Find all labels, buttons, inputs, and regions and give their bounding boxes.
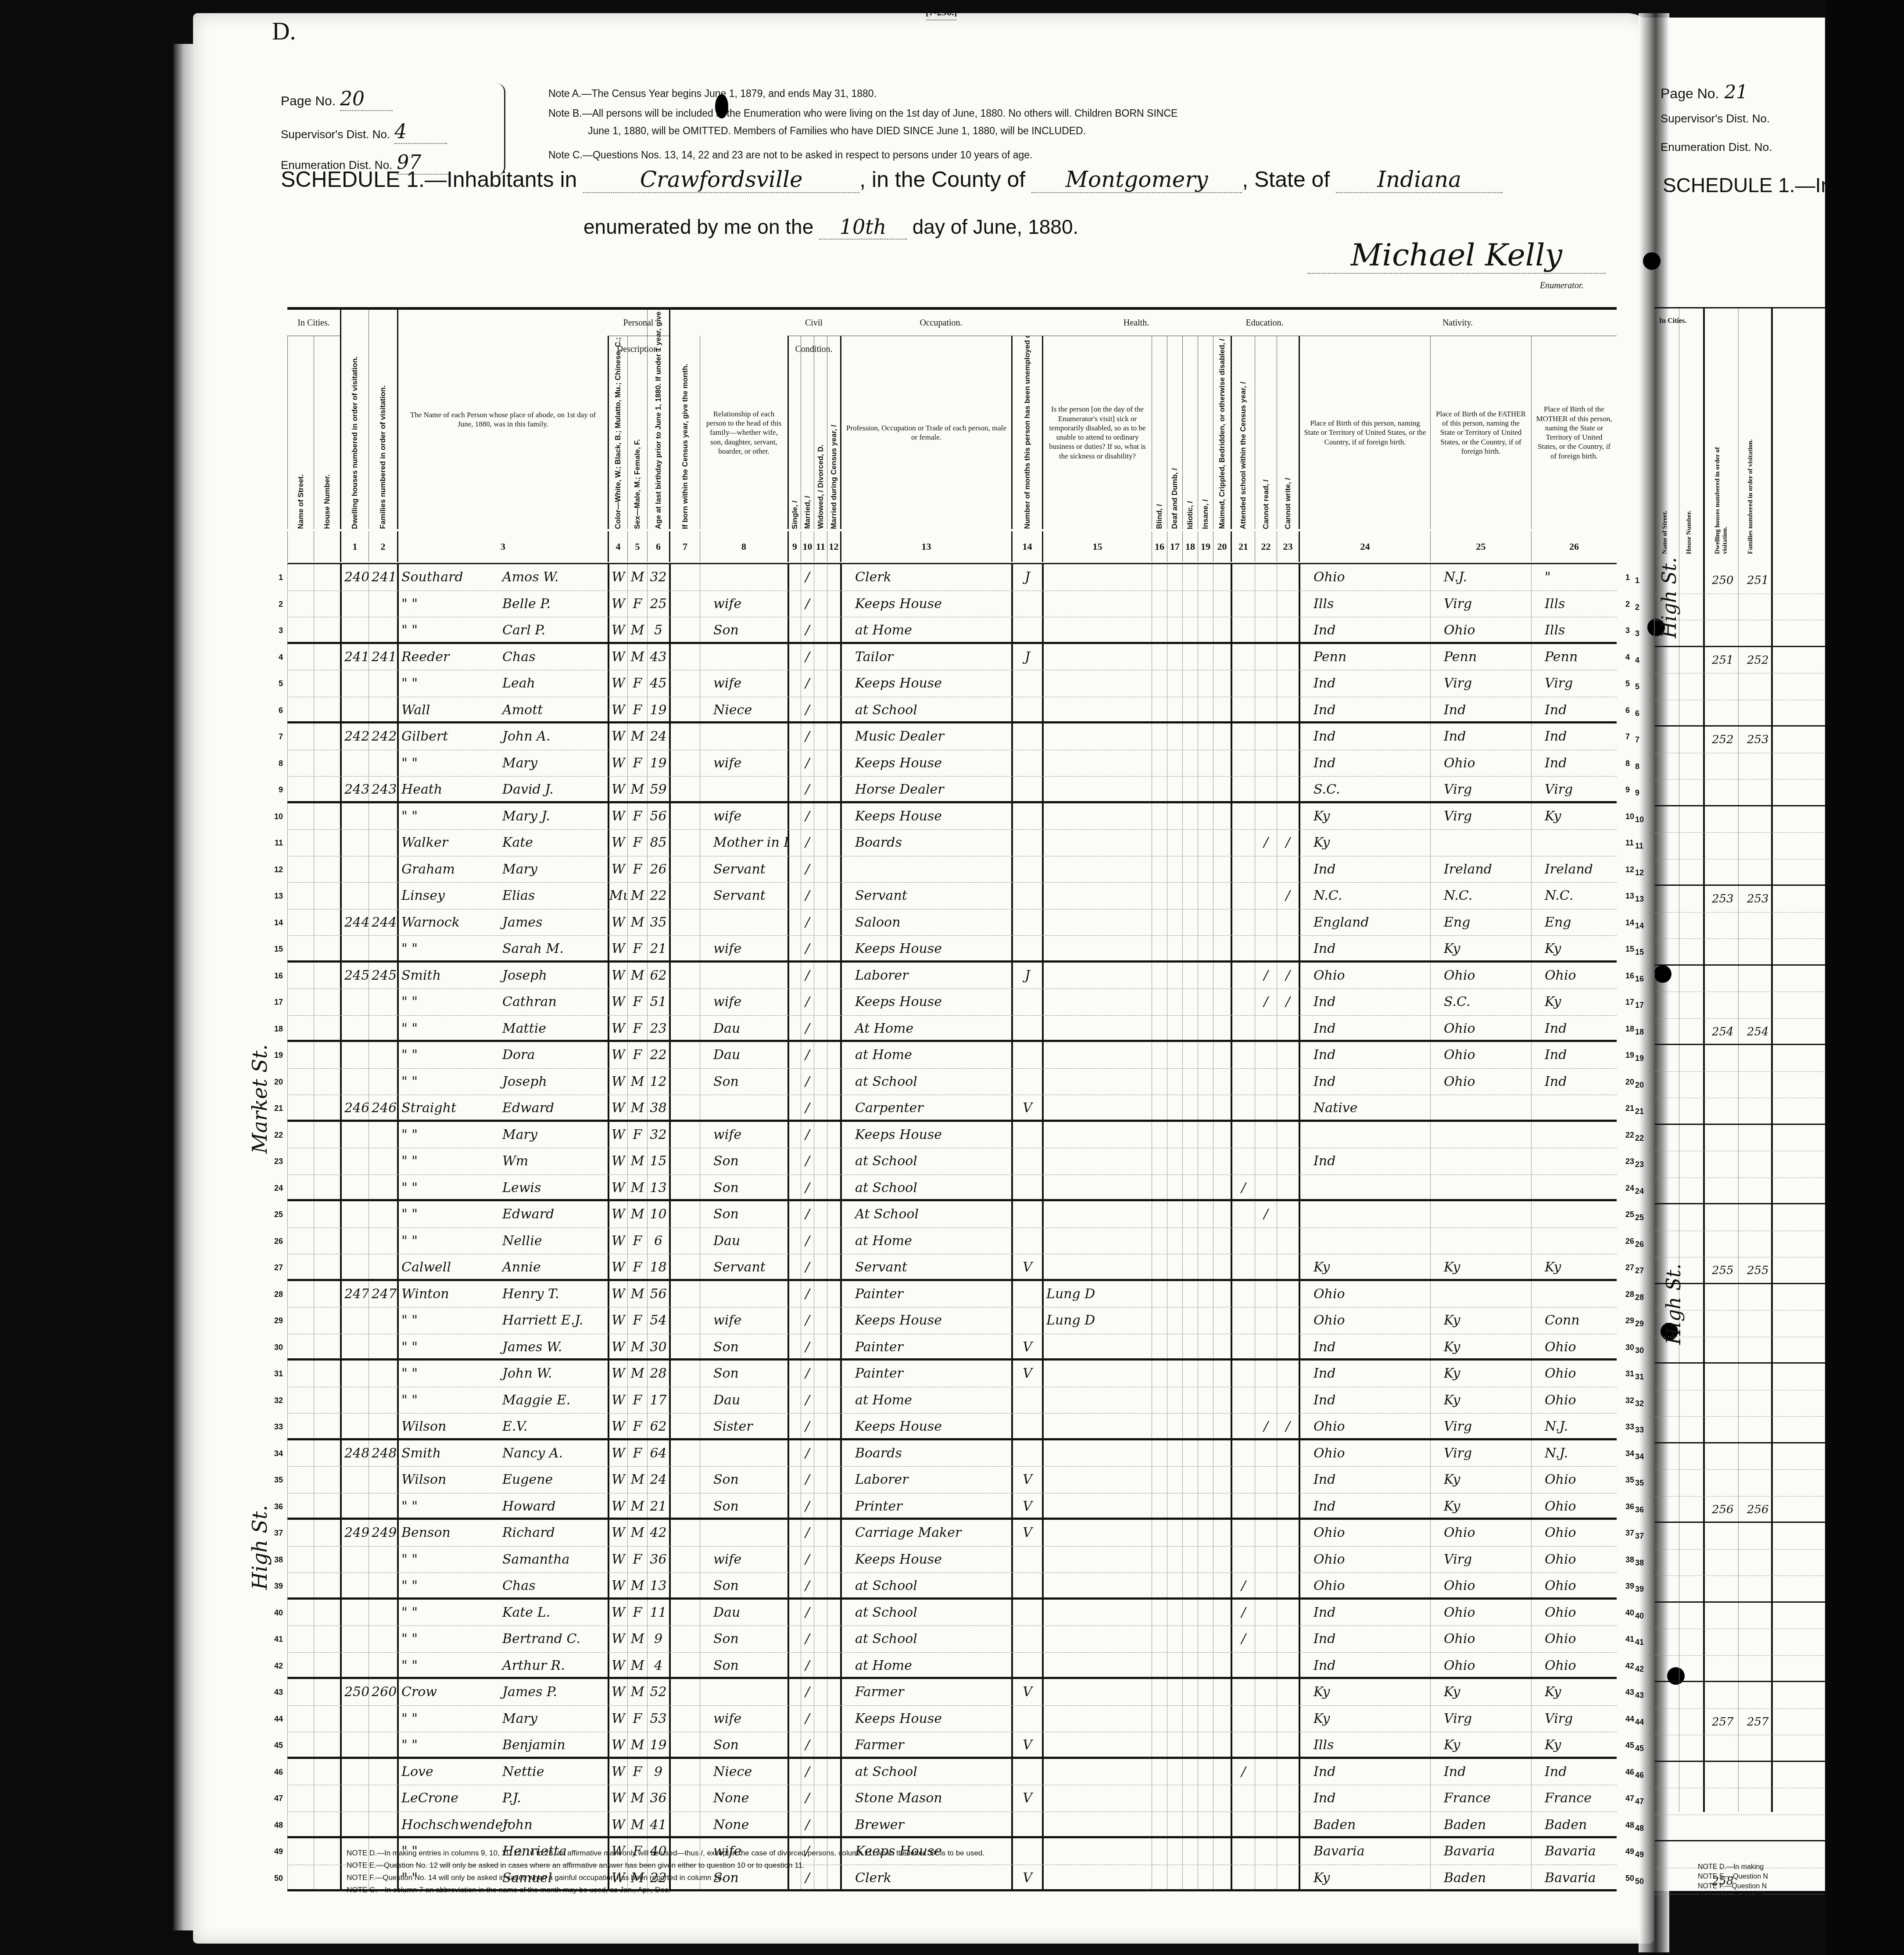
- note-c: Note C.—Questions Nos. 13, 14, 22 and 23…: [548, 149, 1032, 161]
- cell-mother: [1531, 830, 1617, 856]
- given-name: E.V.: [502, 1419, 527, 1434]
- line-number: 42: [265, 1653, 283, 1679]
- cell-family: [369, 1201, 397, 1228]
- right-table-row: 47: [1655, 1788, 1826, 1815]
- given-name: Mary J.: [502, 809, 550, 824]
- line-number: 31: [1635, 1364, 1644, 1390]
- cell-school: [1231, 1069, 1255, 1095]
- cell-write: [1277, 1361, 1299, 1387]
- cell-color: W: [608, 1095, 627, 1120]
- cell-mother: Ills: [1531, 617, 1617, 642]
- surname: Love: [401, 1759, 502, 1785]
- cell-color: W: [608, 1785, 627, 1812]
- column-header-18: Idiotic, /: [1182, 336, 1198, 529]
- cell-dwelling: [340, 1626, 369, 1652]
- cell-school: [1231, 830, 1255, 856]
- cell-sex: M: [627, 1573, 647, 1597]
- cell-write: /: [1277, 989, 1299, 1015]
- given-name: Edward: [502, 1100, 554, 1116]
- cell-family: [369, 803, 397, 830]
- cell-sex: M: [627, 1201, 647, 1228]
- cell-age: 56: [647, 803, 669, 830]
- cell-dwelling: [340, 750, 369, 777]
- cell-school: [1231, 564, 1255, 591]
- given-name: Amott: [502, 702, 543, 718]
- line-number: 46: [265, 1759, 283, 1785]
- surname: " ": [401, 1361, 502, 1387]
- cell-rel: [700, 1440, 787, 1467]
- right-table-row: 25: [1655, 1204, 1826, 1231]
- line-number: 16: [1635, 966, 1644, 992]
- surname: " ": [401, 989, 502, 1015]
- cell-dwelling: [340, 936, 369, 960]
- cell-birth: Ohio: [1299, 1281, 1430, 1307]
- cell-sex: M: [627, 777, 647, 801]
- given-name: Mary: [502, 1127, 537, 1142]
- cell-father: Ind: [1430, 697, 1531, 722]
- line-number: 3: [1635, 620, 1639, 647]
- cell-color: W: [608, 723, 627, 750]
- cell-sex: M: [627, 1281, 647, 1307]
- dwelling-number: 255: [1712, 1257, 1734, 1284]
- cell-family: [369, 1732, 397, 1757]
- cell-birth: Ky: [1299, 1254, 1430, 1279]
- cell-school: [1231, 1653, 1255, 1677]
- enumerator-label: Enumerator.: [1540, 281, 1583, 291]
- cell-read: [1255, 1387, 1277, 1414]
- given-name: Kate L.: [502, 1605, 550, 1620]
- cell-sick: [1042, 1042, 1152, 1068]
- cell-sick: [1042, 1865, 1152, 1890]
- cell-sex: F: [627, 803, 647, 830]
- cell-birth: England: [1299, 909, 1430, 936]
- line-number: 5: [265, 670, 283, 697]
- cell-age: 21: [647, 936, 669, 960]
- cell-mother: Baden: [1531, 1812, 1617, 1837]
- cell-father: Eng: [1430, 909, 1531, 936]
- column-number: 10: [801, 531, 814, 562]
- cell-unemp: [1011, 750, 1042, 777]
- cell-civ: /: [801, 670, 814, 697]
- line-number: 8: [1635, 753, 1639, 780]
- cell-school: [1231, 1095, 1255, 1120]
- cell-unemp: [1011, 1069, 1042, 1095]
- cell-age: 28: [647, 1361, 669, 1387]
- right-table-row: 11: [1655, 833, 1826, 859]
- right-table-row: 23: [1655, 1151, 1826, 1178]
- given-name: Belle P.: [502, 596, 551, 612]
- cell-color: W: [608, 1467, 627, 1493]
- cell-occ: at School: [840, 1573, 1011, 1597]
- column-number: 20: [1213, 531, 1231, 562]
- cell-write: [1277, 1440, 1299, 1467]
- column-number: 2: [369, 531, 397, 562]
- cell-unemp: J: [1011, 644, 1042, 670]
- cell-occ: Keeps House: [840, 1414, 1011, 1438]
- cell-civ: /: [801, 936, 814, 960]
- cell-dwelling: 248: [340, 1440, 369, 1467]
- footer-notes: NOTE D.—In making entries in columns 9, …: [347, 1847, 984, 1896]
- cell-sex: F: [627, 591, 647, 617]
- cell-birth: Ind: [1299, 1493, 1430, 1518]
- cell-birth: Ohio: [1299, 1547, 1430, 1573]
- column-number: 17: [1167, 531, 1182, 562]
- cell-write: [1277, 1016, 1299, 1040]
- cell-father: Ind: [1430, 723, 1531, 750]
- right-street-name-bottom: High St.: [1663, 1264, 1685, 1345]
- cell-rel: Dau: [700, 1042, 787, 1068]
- line-number: 10: [265, 803, 283, 830]
- right-table-row: 15: [1655, 939, 1826, 966]
- cell-age: 9: [647, 1626, 669, 1652]
- cell-read: [1255, 777, 1277, 801]
- line-number: 21: [1635, 1098, 1644, 1124]
- cell-name: ReederChas: [397, 644, 608, 670]
- cell-sex: M: [627, 883, 647, 909]
- surname: " ": [401, 1600, 502, 1626]
- table-row: 55" "LeahWF45wife/Keeps HouseIndVirgVirg: [287, 670, 1617, 697]
- cell-dwelling: [340, 1122, 369, 1148]
- cell-rel: [700, 644, 787, 670]
- cell-mother: Bavaria: [1531, 1865, 1617, 1890]
- line-number: 6: [265, 697, 283, 723]
- cell-rel: wife: [700, 1122, 787, 1148]
- cell-civ: /: [801, 1254, 814, 1279]
- cell-age: 19: [647, 750, 669, 777]
- cell-rel: None: [700, 1812, 787, 1837]
- cell-name: " "Samantha: [397, 1547, 608, 1573]
- cell-unemp: [1011, 883, 1042, 909]
- right-table-row: 33: [1655, 1417, 1826, 1443]
- cell-name: GrahamMary: [397, 856, 608, 883]
- cell-civ: /: [801, 1759, 814, 1785]
- line-number: 28: [265, 1281, 283, 1307]
- right-page-number: Page No.21: [1661, 81, 1748, 103]
- cell-family: [369, 1626, 397, 1652]
- cell-civ: /: [801, 1573, 814, 1597]
- cell-dwelling: [340, 1069, 369, 1095]
- cell-family: [369, 1069, 397, 1095]
- cell-write: [1277, 1838, 1299, 1865]
- cell-write: [1277, 1175, 1299, 1199]
- cell-rel: Niece: [700, 1759, 787, 1785]
- cell-sex: F: [627, 1547, 647, 1573]
- cell-age: 6: [647, 1228, 669, 1254]
- line-number: 8: [265, 750, 283, 777]
- line-number: 26: [265, 1228, 283, 1254]
- right-table-row: 32: [1655, 1390, 1826, 1417]
- cell-civ: /: [801, 1547, 814, 1573]
- cell-father: Bavaria: [1430, 1838, 1531, 1865]
- right-in-cities-header: In Cities.: [1659, 317, 1686, 325]
- given-name: Nettie: [502, 1764, 544, 1780]
- cell-sick: [1042, 1759, 1152, 1785]
- cell-father: Ky: [1430, 1307, 1531, 1334]
- cell-civ: /: [801, 830, 814, 856]
- cell-read: [1255, 1095, 1277, 1120]
- cell-color: W: [608, 963, 627, 989]
- cell-birth: Ind: [1299, 697, 1430, 722]
- cell-birth: [1299, 1122, 1430, 1148]
- cell-mother: Ky: [1531, 803, 1617, 830]
- surname: " ": [401, 591, 502, 617]
- given-name: Amos W.: [502, 569, 558, 585]
- cell-occ: at Home: [840, 1387, 1011, 1414]
- cell-name: " "Howard: [397, 1493, 608, 1518]
- cell-father: N.C.: [1430, 883, 1531, 909]
- cell-mother: Ohio: [1531, 1361, 1617, 1387]
- cell-read: [1255, 1467, 1277, 1493]
- line-number: 14: [1635, 913, 1644, 939]
- cell-father: Virg: [1430, 1414, 1531, 1438]
- right-table-row: 19: [1655, 1045, 1826, 1072]
- cell-father: Ky: [1430, 1334, 1531, 1359]
- column-number: 12: [827, 531, 840, 562]
- cell-write: [1277, 1679, 1299, 1705]
- cell-sex: F: [627, 1228, 647, 1254]
- table-row: 1313LinseyEliasMuM22Servant/Servant/N.C.…: [287, 883, 1617, 909]
- cell-family: 248: [369, 1440, 397, 1467]
- cell-civ: /: [801, 1493, 814, 1518]
- cell-write: [1277, 1865, 1299, 1890]
- cell-school: [1231, 644, 1255, 670]
- cell-unemp: V: [1011, 1785, 1042, 1812]
- right-col-family: Families numbered in order of visitation…: [1747, 423, 1754, 554]
- cell-sex: M: [627, 1467, 647, 1493]
- cell-read: [1255, 1122, 1277, 1148]
- cell-mother: France: [1531, 1785, 1617, 1812]
- cell-rel: Son: [700, 1626, 787, 1652]
- column-header-19: Insane, /: [1198, 336, 1213, 529]
- cell-school: [1231, 1414, 1255, 1438]
- cell-dwelling: 249: [340, 1520, 369, 1546]
- table-row: 4747LeCroneP.J.WM36None/Stone MasonVIndF…: [287, 1785, 1617, 1812]
- cell-occ: Keeps House: [840, 670, 1011, 697]
- cell-rel: [700, 909, 787, 936]
- cell-rel: wife: [700, 1307, 787, 1334]
- surname: " ": [401, 617, 502, 642]
- cell-dwelling: [340, 1706, 369, 1732]
- cell-write: [1277, 1600, 1299, 1626]
- cell-sick: [1042, 1361, 1152, 1387]
- cell-sick: [1042, 1520, 1152, 1546]
- cell-sick: [1042, 856, 1152, 883]
- line-number: 10: [1635, 806, 1644, 833]
- cell-sick: [1042, 1387, 1152, 1414]
- cell-write: [1277, 1547, 1299, 1573]
- cell-unemp: V: [1011, 1493, 1042, 1518]
- cell-dwelling: [340, 1732, 369, 1757]
- cell-age: 4: [647, 1653, 669, 1677]
- cell-read: [1255, 1493, 1277, 1518]
- cell-occ: Painter: [840, 1361, 1011, 1387]
- family-number: 254: [1747, 1019, 1769, 1045]
- cell-age: 43: [647, 644, 669, 670]
- cell-age: 10: [647, 1201, 669, 1228]
- cell-write: [1277, 803, 1299, 830]
- cell-write: [1277, 1095, 1299, 1120]
- surname: Reeder: [401, 644, 502, 670]
- cell-birth: Ohio: [1299, 1414, 1430, 1438]
- cell-mother: Ohio: [1531, 1600, 1617, 1626]
- cell-school: [1231, 1440, 1255, 1467]
- cell-name: " "Mary: [397, 750, 608, 777]
- cell-read: [1255, 883, 1277, 909]
- cell-occ: at School: [840, 697, 1011, 722]
- cell-name: " "Cathran: [397, 989, 608, 1015]
- cell-occ: Keeps House: [840, 936, 1011, 960]
- right-table-row: 45: [1655, 1735, 1826, 1762]
- given-name: John A.: [502, 729, 550, 744]
- cell-sick: [1042, 936, 1152, 960]
- cell-occ: Keeps House: [840, 1706, 1011, 1732]
- cell-birth: Ind: [1299, 750, 1430, 777]
- line-number: 27: [265, 1254, 283, 1281]
- surname: " ": [401, 1175, 502, 1199]
- cell-color: W: [608, 936, 627, 960]
- cell-birth: Ky: [1299, 1706, 1430, 1732]
- cell-school: [1231, 1732, 1255, 1757]
- cell-age: 52: [647, 1679, 669, 1705]
- line-number: 9: [265, 777, 283, 803]
- margin-street-high: High St.: [248, 1505, 272, 1590]
- cell-birth: Ind: [1299, 936, 1430, 960]
- cell-school: [1231, 936, 1255, 960]
- cell-school: [1231, 750, 1255, 777]
- cell-read: [1255, 1679, 1277, 1705]
- line-number: 4: [1635, 647, 1639, 673]
- cell-rel: Son: [700, 1201, 787, 1228]
- table-row: 4444" "MaryWF53wife/Keeps HouseKyVirgVir…: [287, 1706, 1617, 1733]
- cell-sick: [1042, 830, 1152, 856]
- cell-school: [1231, 803, 1255, 830]
- cell-family: [369, 1254, 397, 1279]
- header-group-civil: Civil Condition.: [787, 310, 840, 336]
- cell-dwelling: 241: [340, 644, 369, 670]
- cell-sex: F: [627, 1706, 647, 1732]
- cell-dwelling: [340, 1573, 369, 1597]
- column-number: 5: [627, 531, 647, 562]
- surname: " ": [401, 1653, 502, 1677]
- cell-occ: Printer: [840, 1493, 1011, 1518]
- column-header-2: Families numbered in order of visitation…: [369, 310, 397, 529]
- cell-dwelling: [340, 1493, 369, 1518]
- line-number: 41: [1635, 1629, 1644, 1655]
- cell-civ: /: [801, 1387, 814, 1414]
- cell-dwelling: [340, 1812, 369, 1837]
- cell-unemp: [1011, 1387, 1042, 1414]
- cell-age: 11: [647, 1600, 669, 1626]
- cell-family: [369, 1175, 397, 1199]
- cell-unemp: [1011, 1440, 1042, 1467]
- cell-sick: [1042, 1148, 1152, 1174]
- line-number: 7: [265, 723, 283, 750]
- line-number: 49: [1635, 1841, 1644, 1868]
- cell-school: [1231, 1042, 1255, 1068]
- column-header-4: Color—White, W.; Black, B.; Mulatto, Mu.…: [608, 336, 627, 529]
- cell-birth: [1299, 1201, 1430, 1228]
- binding-hole: [1643, 252, 1661, 270]
- right-table-row: 17: [1655, 992, 1826, 1019]
- note-d: NOTE D.—In making entries in columns 9, …: [347, 1847, 984, 1859]
- census-table: In Cities.Personal Description.Civil Con…: [287, 307, 1617, 1891]
- surname: " ": [401, 670, 502, 697]
- given-name: Samantha: [502, 1552, 569, 1567]
- given-name: Henry T.: [502, 1286, 559, 1302]
- given-name: Elias: [502, 888, 535, 903]
- line-number: 43: [1635, 1682, 1644, 1708]
- column-number: 22: [1255, 531, 1277, 562]
- cell-father: Ky: [1430, 1254, 1531, 1279]
- cell-mother: [1531, 1281, 1617, 1307]
- supervisor-district-value: 4: [394, 121, 447, 144]
- cell-name: WallAmott: [397, 697, 608, 722]
- table-row: 1515" "Sarah M.WF21wife/Keeps HouseIndKy…: [287, 936, 1617, 963]
- cell-mother: Ohio: [1531, 1573, 1617, 1597]
- surname: " ": [401, 1732, 502, 1757]
- cell-school: [1231, 989, 1255, 1015]
- line-number: 30: [1635, 1337, 1644, 1364]
- cell-father: Virg: [1430, 777, 1531, 801]
- table-row: 1212GrahamMaryWF26Servant/IndIrelandIrel…: [287, 856, 1617, 883]
- cell-dwelling: [340, 617, 369, 642]
- cell-write: [1277, 1573, 1299, 1597]
- cell-school: [1231, 1201, 1255, 1228]
- cell-mother: Ohio: [1531, 1520, 1617, 1546]
- cell-dwelling: 240: [340, 564, 369, 591]
- cell-read: [1255, 1175, 1277, 1199]
- cell-sex: F: [627, 750, 647, 777]
- cell-school: [1231, 1838, 1255, 1865]
- cell-unemp: [1011, 697, 1042, 722]
- cell-occ: Keeps House: [840, 1122, 1011, 1148]
- cell-mother: [1531, 1122, 1617, 1148]
- line-number: 28: [1635, 1284, 1644, 1310]
- schedule-title: SCHEDULE 1.—Inhabitants in Crawfordsvill…: [281, 167, 1503, 193]
- cell-sick: [1042, 750, 1152, 777]
- right-table-row: 10: [1655, 806, 1826, 833]
- cell-read: [1255, 1573, 1277, 1597]
- cell-dwelling: [340, 883, 369, 909]
- cell-mother: Ind: [1531, 750, 1617, 777]
- cell-name: LoveNettie: [397, 1759, 608, 1785]
- right-table-row: 21: [1655, 1098, 1826, 1125]
- cell-sick: [1042, 989, 1152, 1015]
- cell-occ: Keeps House: [840, 1307, 1011, 1334]
- cell-age: 41: [647, 1812, 669, 1837]
- cell-rel: Son: [700, 1069, 787, 1095]
- header-group-education: Education.: [1231, 310, 1299, 336]
- cell-family: [369, 1016, 397, 1040]
- cell-civ: /: [801, 1201, 814, 1228]
- line-number: 37: [1635, 1523, 1644, 1549]
- cell-civ: /: [801, 1467, 814, 1493]
- cell-school: [1231, 1812, 1255, 1837]
- cell-unemp: [1011, 1759, 1042, 1785]
- surname: " ": [401, 1547, 502, 1573]
- column-header-11: Widowed, / Divorced, D.: [814, 336, 827, 529]
- cell-family: [369, 1228, 397, 1254]
- cell-family: [369, 1387, 397, 1414]
- family-number: 253: [1747, 886, 1769, 912]
- cell-sex: F: [627, 1254, 647, 1279]
- cell-age: 22: [647, 1042, 669, 1068]
- given-name: Nancy A.: [502, 1446, 563, 1461]
- cell-family: [369, 1573, 397, 1597]
- cell-name: " "Nellie: [397, 1228, 608, 1254]
- cell-read: [1255, 723, 1277, 750]
- cell-name: SmithJoseph: [397, 963, 608, 989]
